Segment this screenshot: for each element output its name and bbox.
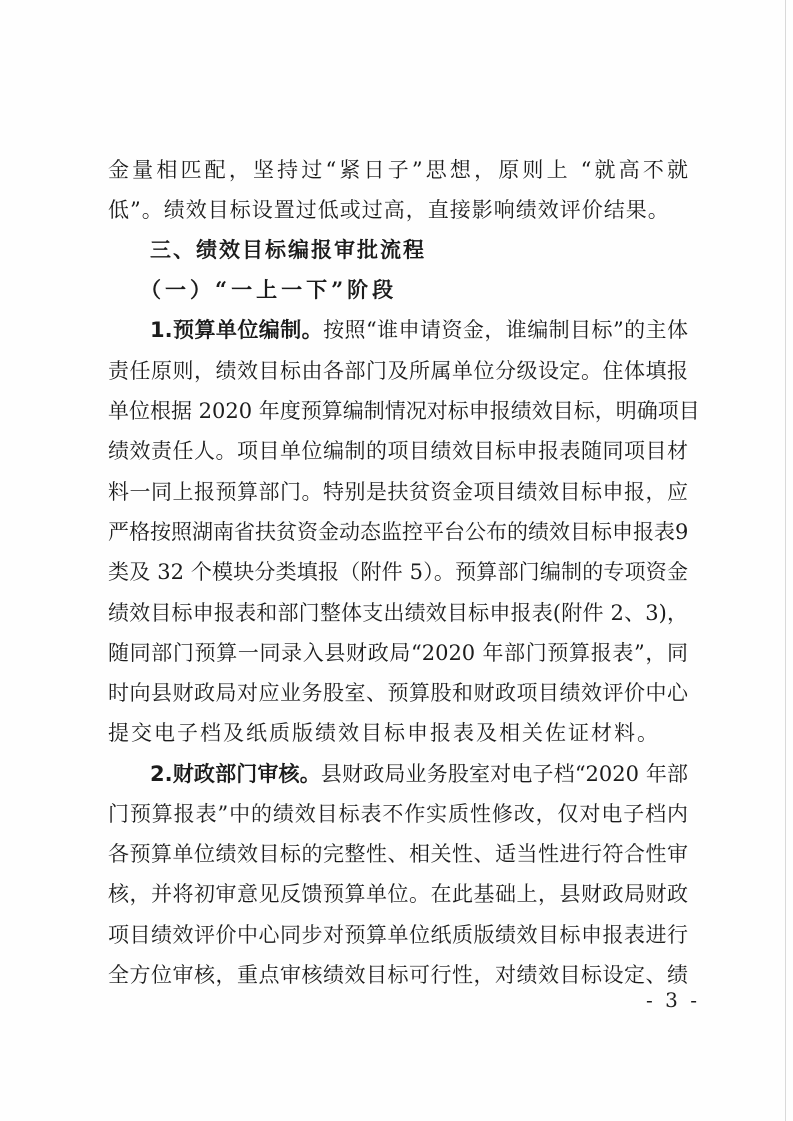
body-line: 单位根据 2020 年度预算编制情况对标申报绩效目标，明确项目 [108, 396, 688, 426]
body-line: 项目绩效评价中心同步对预算单位纸质版绩效目标申报表进行 [108, 920, 688, 950]
section-heading: 三、绩效目标编报审批流程 [150, 235, 688, 265]
paragraph-start: 2.财政部门审核。县财政局业务股室对电子档“2020 年部 [150, 759, 688, 789]
body-line: 绩效目标申报表和部门整体支出绩效目标申报表(附件 2、3)， [108, 598, 688, 628]
paragraph-start: 1.预算单位编制。按照“谁申请资金，谁编制目标”的主体 [150, 315, 688, 345]
page-number: - 3 - [646, 988, 698, 1012]
body-line: 严格按照湖南省扶贫资金动态监控平台公布的绩效目标申报表9 [108, 517, 688, 547]
subsection-heading: （一）“一上一下”阶段 [140, 275, 678, 305]
item-title: 1.预算单位编制。 [150, 318, 323, 342]
body-line: 金量相匹配，坚持过“紧日子”思想，原则上 “就高不就 [108, 155, 688, 185]
item-title: 2.财政部门审核。 [150, 762, 321, 786]
body-line: 时向县财政局对应业务股室、预算股和财政项目绩效评价中心 [108, 678, 688, 708]
body-line: 类及 32 个模块分类填报（附件 5）。预算部门编制的专项资金 [108, 557, 688, 587]
body-line: 门预算报表”中的绩效目标表不作实质性修改，仅对电子档内 [108, 799, 688, 829]
body-line: 全方位审核，重点审核绩效目标可行性，对绩效目标设定、绩 [108, 960, 688, 990]
body-line: 低”。绩效目标设置过低或过高，直接影响绩效评价结果。 [108, 195, 688, 225]
document-page: 金量相匹配，坚持过“紧日子”思想，原则上 “就高不就 低”。绩效目标设置过低或过… [0, 0, 793, 1121]
body-line: 绩效责任人。项目单位编制的项目绩效目标申报表随同项目材 [108, 436, 688, 466]
body-line: 提交电子档及纸质版绩效目标申报表及相关佐证材料。 [108, 718, 688, 748]
body-line: 责任原则，绩效目标由各部门及所属单位分级设定。住体填报 [108, 356, 688, 386]
scan-edge-line [785, 0, 786, 1121]
item-text: 县财政局业务股室对电子档“2020 年部 [321, 762, 688, 786]
body-line: 核，并将初审意见反馈预算单位。在此基础上，县财政局财政 [108, 879, 688, 909]
body-line: 料一同上报预算部门。特别是扶贫资金项目绩效目标申报，应 [108, 477, 688, 507]
item-text: 按照“谁申请资金，谁编制目标”的主体 [323, 318, 688, 342]
body-line: 各预算单位绩效目标的完整性、相关性、适当性进行符合性审 [108, 839, 688, 869]
body-line: 随同部门预算一同录入县财政局“2020 年部门预算报表”，同 [108, 638, 688, 668]
